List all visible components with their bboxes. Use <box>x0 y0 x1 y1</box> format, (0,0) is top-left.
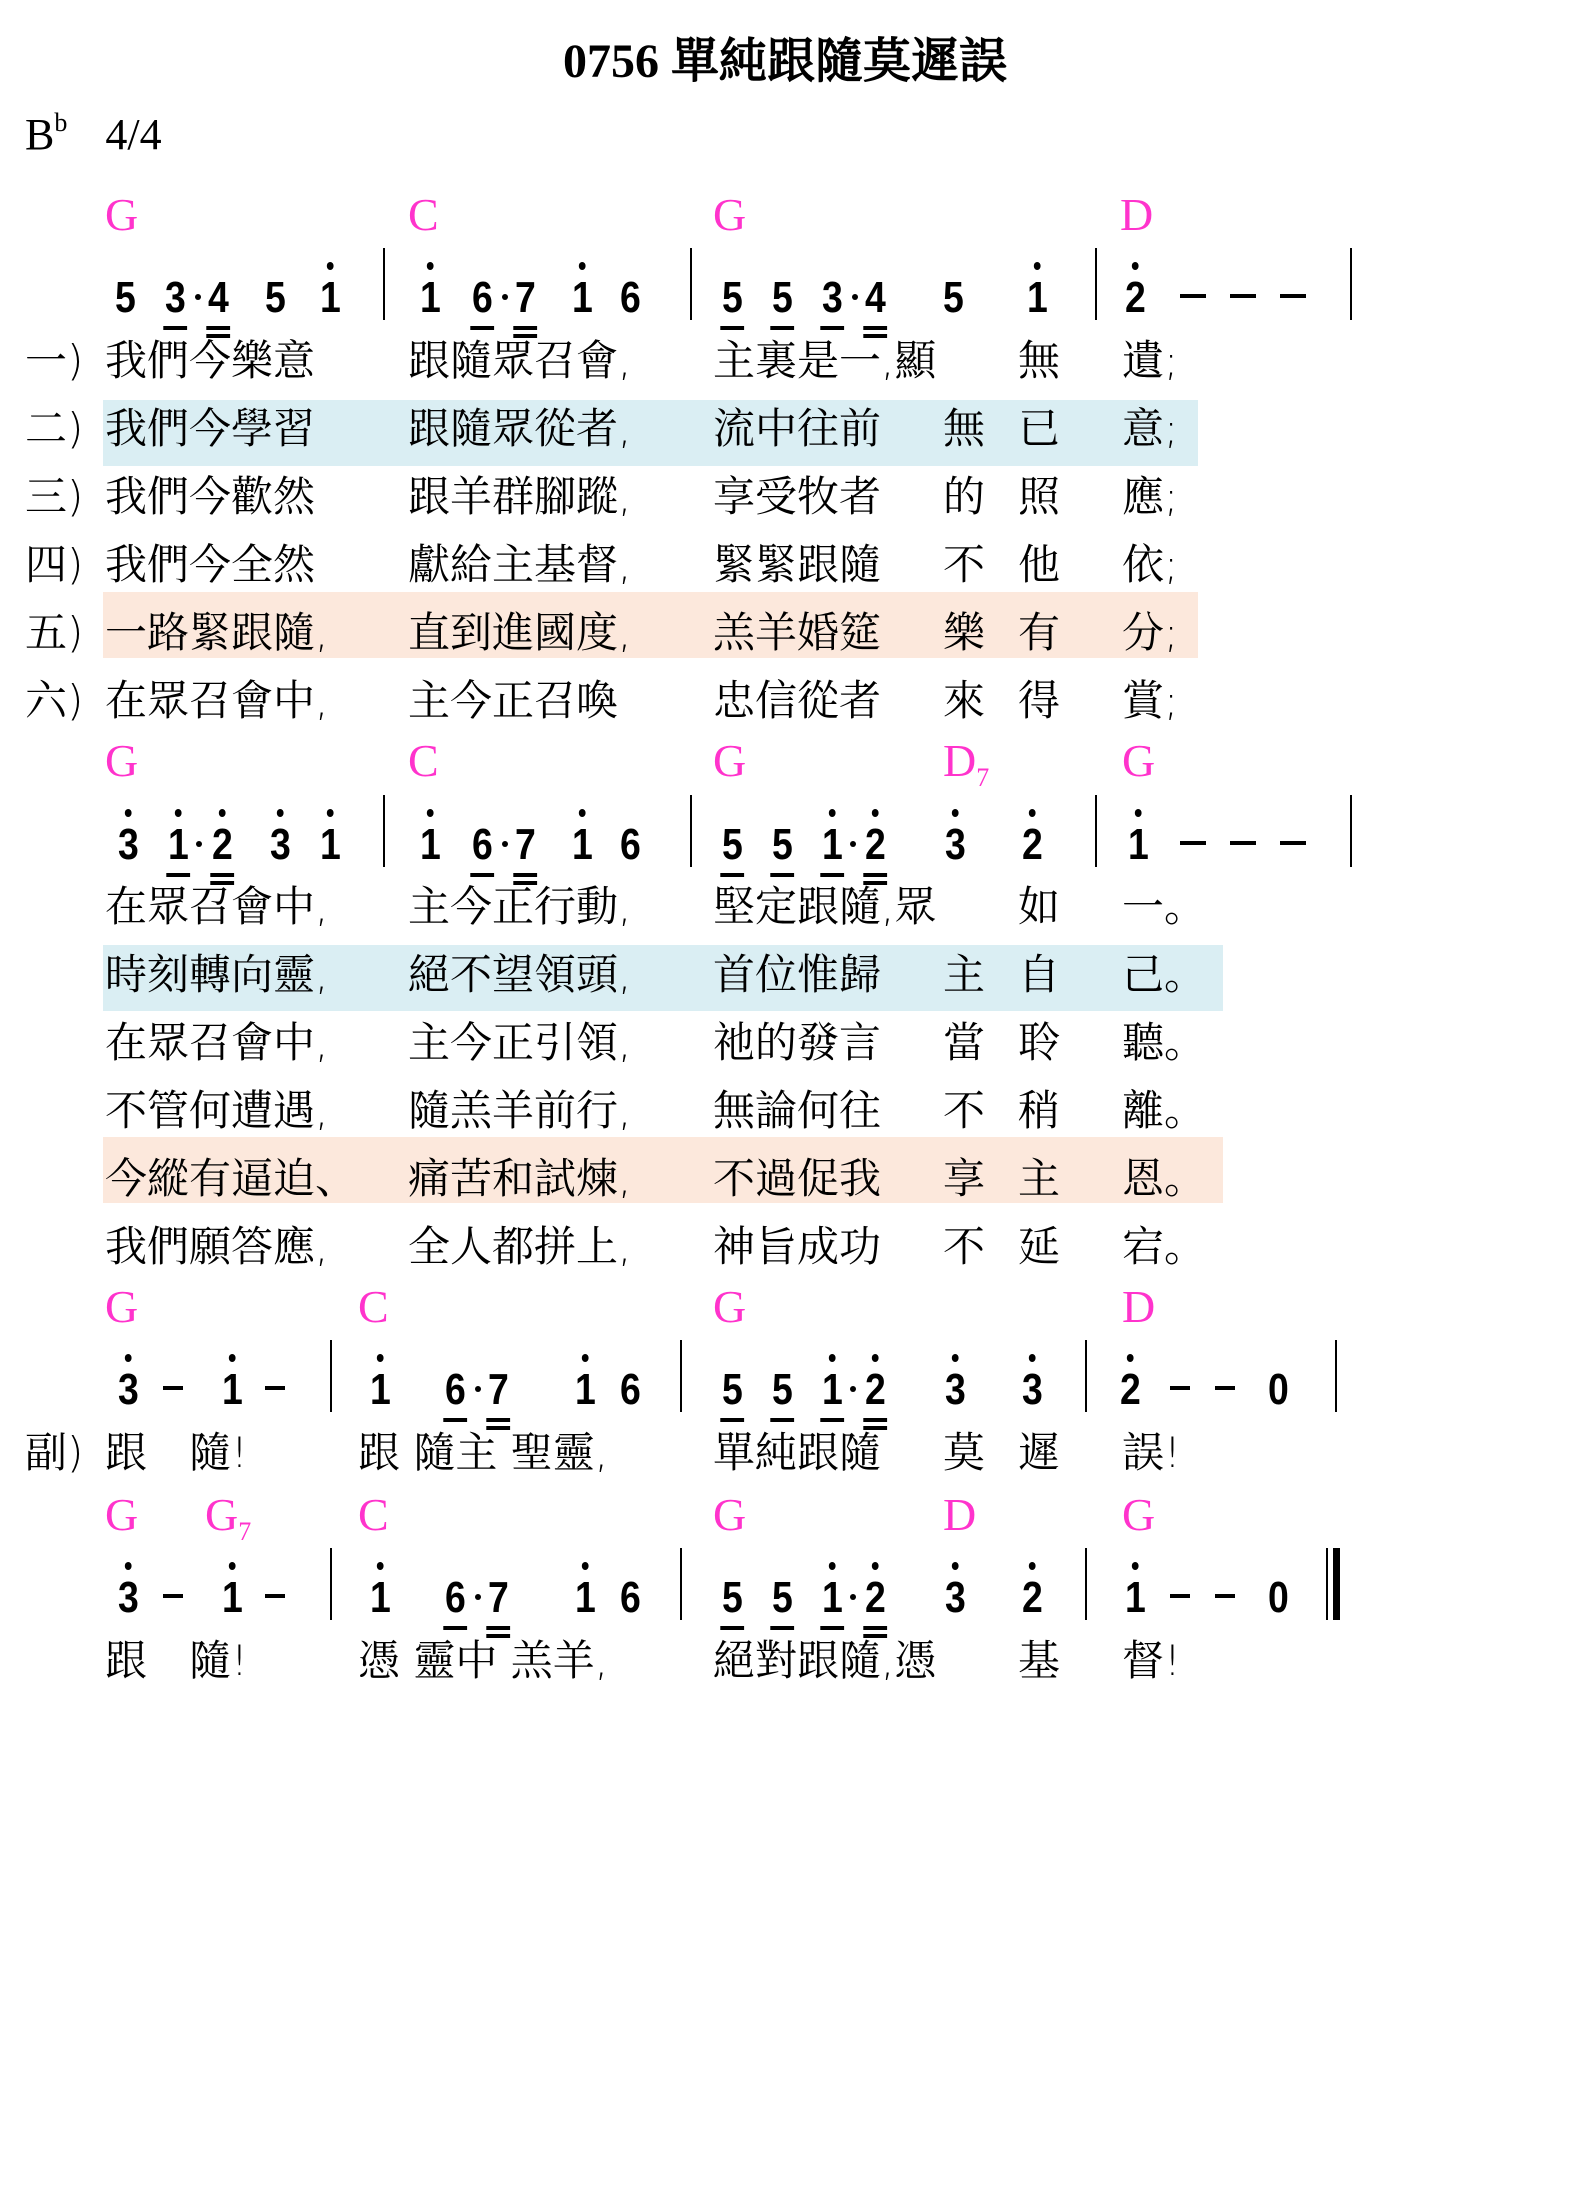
chord: D <box>943 1492 976 1538</box>
chord: G <box>105 1492 138 1538</box>
chord: G <box>713 1284 746 1330</box>
chord: D <box>1122 1284 1155 1330</box>
time-signature: 4/4 <box>105 110 161 159</box>
chord: G <box>713 1492 746 1538</box>
chord: G <box>105 738 138 784</box>
chord: C <box>408 192 439 238</box>
notation-row: 3 1 2 3 1 1 6 7 1 6 5 5 1 2 3 2 1 <box>0 795 1570 895</box>
chord: C <box>358 1492 389 1538</box>
song-title: 0756 單純跟隨莫遲誤 <box>0 22 1570 91</box>
chord: D7 <box>943 738 989 791</box>
chord: G <box>713 192 746 238</box>
notation-row: 3 1 1 6 7 1 6 5 5 1 2 3 2 1 0 <box>0 1548 1570 1648</box>
chord: C <box>358 1284 389 1330</box>
key-note: B <box>25 110 54 159</box>
chord: G <box>105 1284 138 1330</box>
chord: C <box>408 738 439 784</box>
chord: G7 <box>205 1492 251 1545</box>
notation-row: 3 1 1 6 7 1 6 5 5 1 2 3 3 2 0 <box>0 1340 1570 1440</box>
key-accidental: b <box>54 108 67 137</box>
chord: G <box>713 738 746 784</box>
chord: G <box>105 192 138 238</box>
chord: G <box>1122 738 1155 784</box>
key-signature: Bb4/4 <box>25 108 162 160</box>
notation-row: 5 3 4 5 1 1 6 7 1 6 5 5 3 4 5 1 2 <box>0 248 1570 348</box>
chord: G <box>1122 1492 1155 1538</box>
chord: D <box>1120 192 1153 238</box>
